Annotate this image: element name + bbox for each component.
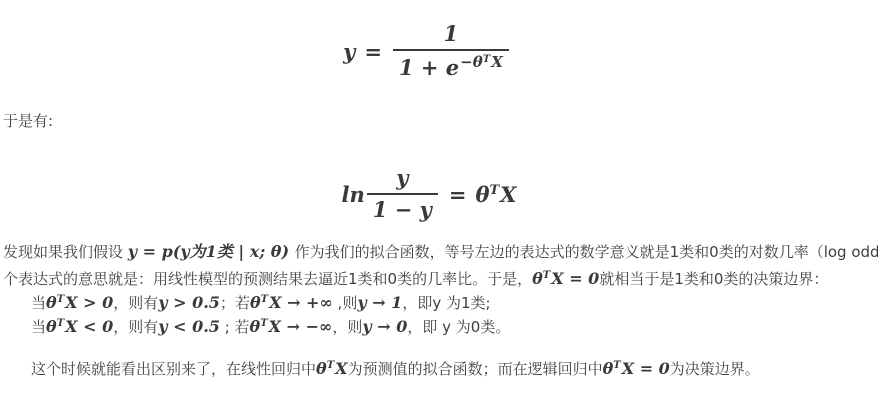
paragraph-line: 当θTX > 0，则有y > 0.5；若θTX → +∞ ,则y → 1，即y … xyxy=(3,288,878,312)
math-superscript: T xyxy=(57,294,64,305)
final-paragraph: 这个时候就能看出区别来了，在线性回归中θTX为预测值的拟合函数；而在逻辑回归中θ… xyxy=(3,354,878,381)
inline-math: y = p(y为1类 | x; θ) xyxy=(128,242,295,261)
inline-math: y < 0.5 xyxy=(158,317,220,336)
text-run: ，即y 为1类; xyxy=(402,294,490,312)
text-run: 当 xyxy=(31,318,46,336)
paragraph-line: 个表达式的意思就是：用线性模型的预测结果去逼近1类和0类的几率比。于是，θTX … xyxy=(3,264,878,288)
math-superscript: T xyxy=(260,318,267,329)
theta-transpose-sup: T xyxy=(483,54,490,65)
theta-transpose-x: θTX xyxy=(475,182,516,207)
paragraph-line: 发现如果我们假设 y = p(y为1类 | x; θ) 作为我们的拟合函数，等号… xyxy=(3,240,878,264)
formula-lhs: y xyxy=(343,39,355,64)
equals-sign: = xyxy=(364,39,382,64)
inline-math: X xyxy=(335,359,347,378)
math-superscript: T xyxy=(327,360,334,371)
text-run: ；若 xyxy=(220,294,250,312)
inline-math: θ xyxy=(316,359,327,378)
text-run: ; 若 xyxy=(220,318,250,336)
inline-math: X < 0 xyxy=(65,317,113,336)
text-run: ，则有 xyxy=(113,318,158,336)
text-run: ，则有 xyxy=(113,294,158,312)
text-run: 这个时候就能看出区别来了，在线性回归中 xyxy=(31,360,316,378)
text-run: ，则 xyxy=(332,318,362,336)
text-run: 就相当于是1类和0类的决策边界： xyxy=(599,270,828,288)
math-superscript: T xyxy=(613,360,620,371)
inline-math: X = 0 xyxy=(551,269,599,288)
article-content: y = 1 1 + e−θTX 于是有: ln y 1 − y = θTX 发现… xyxy=(0,0,878,404)
math-superscript: T xyxy=(57,318,64,329)
inline-math: θ xyxy=(250,293,261,312)
text-run: 发现如果我们假设 xyxy=(3,243,128,261)
ln-operator: ln xyxy=(342,182,365,207)
text-run: 作为我们的拟合函数，等号左边的表达式的数学意义就是1类和0类的对数几率（log … xyxy=(295,243,878,261)
inline-math: θ xyxy=(250,317,261,336)
inline-math: X → −∞ xyxy=(269,317,333,336)
text-run: 个表达式的意思就是：用线性模型的预测结果去逼近1类和0类的几率比。于是， xyxy=(3,270,532,288)
inline-math: X > 0 xyxy=(65,293,113,312)
inline-math: X → +∞ xyxy=(269,293,333,312)
inline-math: θ xyxy=(46,293,57,312)
paragraph-line: 当θTX < 0，则有y < 0.5 ; 若θTX → −∞，则y → 0，即 … xyxy=(3,312,878,336)
body-paragraph: 发现如果我们假设 y = p(y为1类 | x; θ) 作为我们的拟合函数，等号… xyxy=(3,240,878,336)
fraction-denominator: 1 − y xyxy=(367,195,438,222)
denominator-base: 1 + e xyxy=(399,55,459,80)
text-run: 为决策边界。 xyxy=(670,360,760,378)
text-run: ，即 y 为0类。 xyxy=(407,318,510,336)
text-run: 当 xyxy=(31,294,46,312)
math-superscript: T xyxy=(261,294,268,305)
inline-math: θ xyxy=(532,269,543,288)
text-run: 为预测值的拟合函数；而在逻辑回归中 xyxy=(348,360,603,378)
inline-math: y → 1 xyxy=(357,293,402,312)
exponent: −θTX xyxy=(460,53,503,71)
inline-math: θ xyxy=(603,359,614,378)
intro-line: 于是有: xyxy=(3,110,53,132)
theta: θ xyxy=(475,182,489,207)
fraction-numerator: y xyxy=(367,166,438,195)
inline-math: y → 0 xyxy=(362,317,407,336)
inline-math: X = 0 xyxy=(622,359,670,378)
exponent-variable: X xyxy=(491,53,503,71)
inline-math: θ xyxy=(46,317,57,336)
equals-sign: = xyxy=(449,182,467,207)
exponent-prefix: −θ xyxy=(460,53,483,71)
fraction-denominator: 1 + e−θTX xyxy=(393,51,509,80)
fraction: y 1 − y xyxy=(367,166,438,222)
transpose-sup: T xyxy=(489,183,499,198)
formula-logit: ln y 1 − y = θTX xyxy=(0,166,868,222)
math-superscript: T xyxy=(543,270,550,281)
inline-math: y > 0.5 xyxy=(158,293,220,312)
fraction-numerator: 1 xyxy=(393,22,509,51)
x-variable: X xyxy=(500,182,516,207)
text-run: ,则 xyxy=(333,294,358,312)
fraction: 1 1 + e−θTX xyxy=(393,22,509,80)
formula-sigmoid: y = 1 1 + e−θTX xyxy=(0,22,866,80)
